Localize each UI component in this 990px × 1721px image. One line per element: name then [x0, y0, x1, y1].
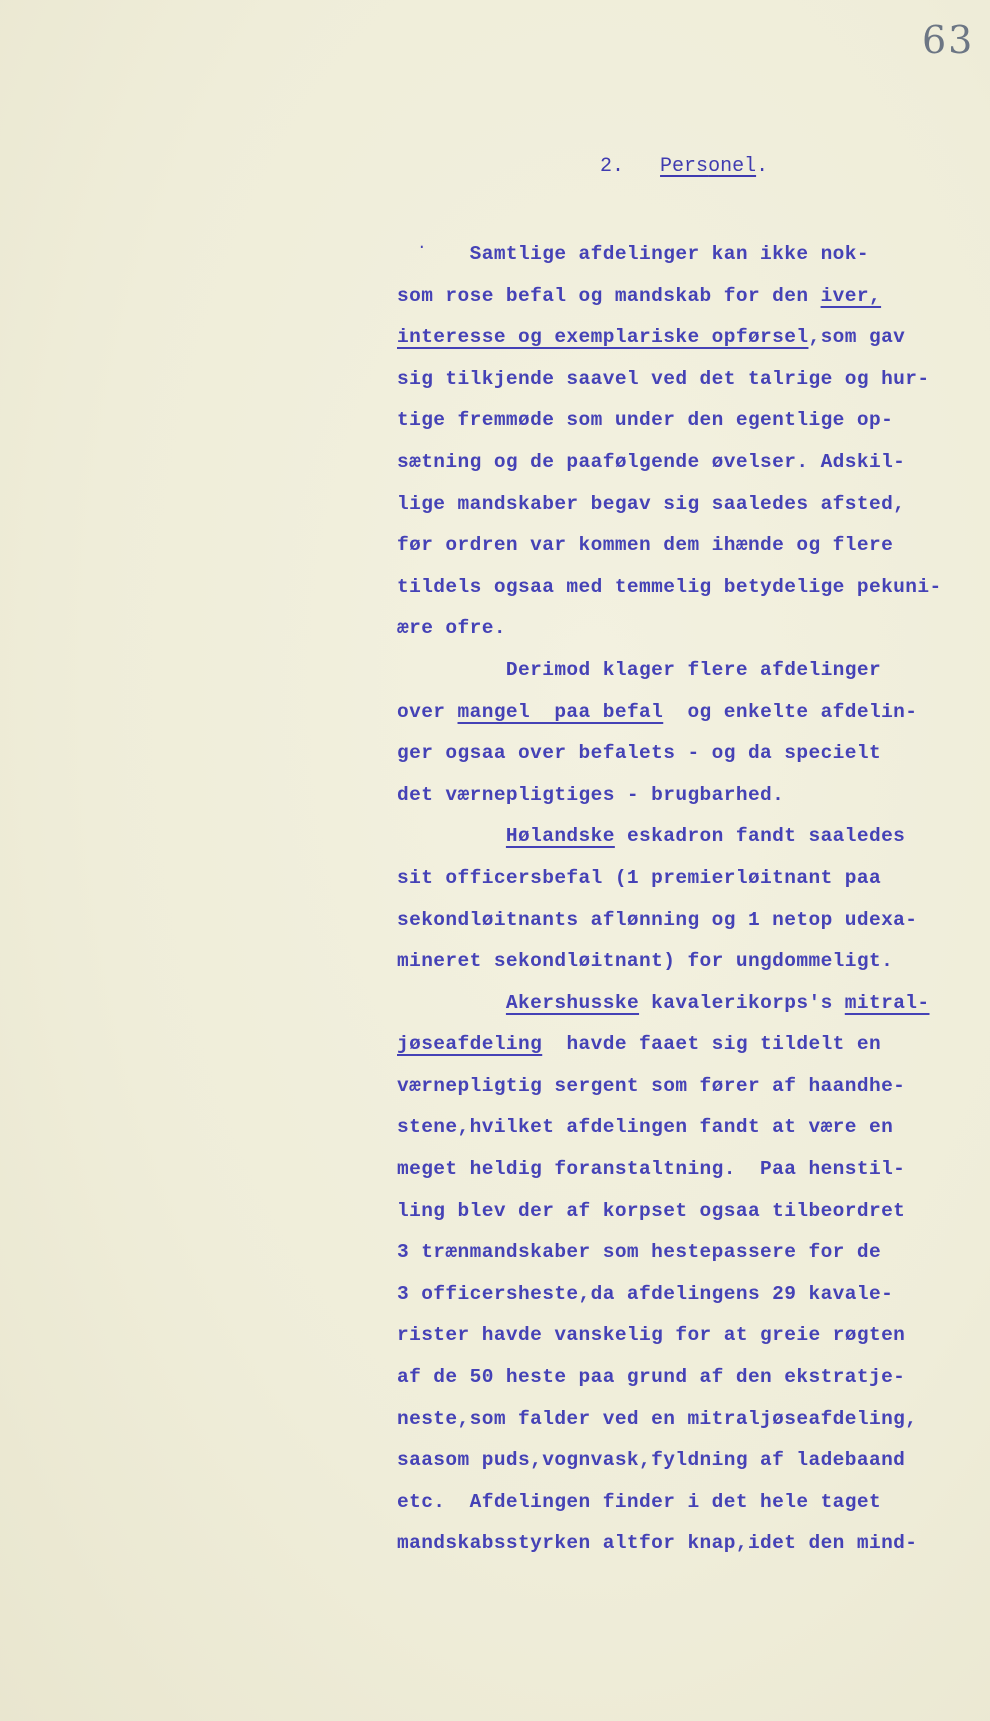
section-title-part2: onel — [708, 155, 756, 178]
text-segment: tildels ogsaa med temmelig betydelige pe… — [397, 576, 942, 598]
text-line: ling blev der af korpset ogsaa tilbeordr… — [397, 1191, 987, 1233]
text-line: meget heldig foranstaltning. Paa henstil… — [397, 1149, 987, 1191]
text-segment: som rose befal og mandskab for den — [397, 285, 821, 307]
text-segment: saasom puds,vognvask,fyldning af ladebaa… — [397, 1449, 905, 1471]
text-line: før ordren var kommen dem ihænde og fler… — [397, 525, 987, 567]
text-line: tildels ogsaa med temmelig betydelige pe… — [397, 567, 987, 609]
text-line: mandskabsstyrken altfor knap,idet den mi… — [397, 1523, 987, 1565]
text-line: neste,som falder ved en mitraljøseafdeli… — [397, 1399, 987, 1441]
text-segment: stene,hvilket afdelingen fandt at være e… — [397, 1116, 893, 1138]
text-line: lige mandskaber begav sig saaledes afste… — [397, 484, 987, 526]
text-segment: sig tilkjende saavel ved det talrige og … — [397, 368, 929, 390]
text-segment: 3 trænmandskaber som hestepassere for de — [397, 1241, 881, 1263]
section-number: 2. — [600, 155, 624, 178]
text-line: Samtlige afdelinger kan ikke nok- — [397, 234, 987, 276]
section-title-part1: Pers — [660, 155, 708, 178]
underlined-text: Hølandske — [506, 825, 615, 847]
underlined-text: Akershusske — [506, 992, 639, 1014]
text-segment: ære ofre. — [397, 617, 506, 639]
text-segment: 3 officersheste,da afdelingens 29 kavale… — [397, 1283, 893, 1305]
underlined-text: interesse og exemplariske opførsel — [397, 326, 808, 348]
text-segment: eskadron fandt saaledes — [615, 825, 905, 847]
text-line: 3 officersheste,da afdelingens 29 kavale… — [397, 1274, 987, 1316]
text-segment: etc. Afdelingen finder i det hele taget — [397, 1491, 881, 1513]
text-line: over mangel paa befal og enkelte afdelin… — [397, 692, 987, 734]
text-line: Hølandske eskadron fandt saaledes — [397, 816, 987, 858]
text-segment: ger ogsaa over befalets - og da specielt — [397, 742, 881, 764]
typewritten-body: Samtlige afdelinger kan ikke nok-som ros… — [397, 234, 987, 1565]
text-line: stene,hvilket afdelingen fandt at være e… — [397, 1107, 987, 1149]
section-title-end: . — [756, 155, 768, 178]
text-segment: meget heldig foranstaltning. Paa henstil… — [397, 1158, 905, 1180]
text-line: Derimod klager flere afdelinger — [397, 650, 987, 692]
text-segment: ling blev der af korpset ogsaa tilbeordr… — [397, 1200, 905, 1222]
underlined-text: mangel paa befal — [458, 701, 664, 723]
text-line: mineret sekondløitnant) for ungdommeligt… — [397, 941, 987, 983]
text-line: rister havde vanskelig for at greie røgt… — [397, 1315, 987, 1357]
text-segment: Derimod klager flere afdelinger — [397, 659, 881, 681]
text-segment: rister havde vanskelig for at greie røgt… — [397, 1324, 905, 1346]
text-line: etc. Afdelingen finder i det hele taget — [397, 1482, 987, 1524]
text-segment: tige fremmøde som under den egentlige op… — [397, 409, 893, 431]
page-number: 63 — [922, 18, 974, 62]
text-line: ger ogsaa over befalets - og da specielt — [397, 733, 987, 775]
text-line: interesse og exemplariske opførsel,som g… — [397, 317, 987, 359]
text-segment: ,som gav — [808, 326, 905, 348]
text-segment: sætning og de paafølgende øvelser. Adski… — [397, 451, 905, 473]
text-segment: før ordren var kommen dem ihænde og fler… — [397, 534, 893, 556]
text-segment: sit officersbefal (1 premierløitnant paa — [397, 867, 881, 889]
text-line: sit officersbefal (1 premierløitnant paa — [397, 858, 987, 900]
text-line: 3 trænmandskaber som hestepassere for de — [397, 1232, 987, 1274]
text-line: som rose befal og mandskab for den iver, — [397, 276, 987, 318]
text-segment: mineret sekondløitnant) for ungdommeligt… — [397, 950, 893, 972]
text-segment: sekondløitnants aflønning og 1 netop ude… — [397, 909, 917, 931]
text-line: Akershusske kavalerikorps's mitral- — [397, 983, 987, 1025]
text-segment: havde faaet sig tildelt en — [542, 1033, 881, 1055]
text-segment — [397, 825, 506, 847]
text-line: af de 50 heste paa grund af den ekstratj… — [397, 1357, 987, 1399]
section-heading: 2. Personel. — [600, 155, 768, 178]
underlined-text: mitral- — [845, 992, 930, 1014]
text-line: jøseafdeling havde faaet sig tildelt en — [397, 1024, 987, 1066]
underlined-text: iver, — [821, 285, 882, 307]
underlined-text: jøseafdeling — [397, 1033, 542, 1055]
text-line: saasom puds,vognvask,fyldning af ladebaa… — [397, 1440, 987, 1482]
text-segment: og enkelte afdelin- — [663, 701, 917, 723]
text-segment: kavalerikorps's — [639, 992, 845, 1014]
text-segment: neste,som falder ved en mitraljøseafdeli… — [397, 1408, 917, 1430]
text-line: sig tilkjende saavel ved det talrige og … — [397, 359, 987, 401]
text-line: sekondløitnants aflønning og 1 netop ude… — [397, 900, 987, 942]
text-line: værnepligtig sergent som fører af haandh… — [397, 1066, 987, 1108]
text-line: det værnepligtiges - brugbarhed. — [397, 775, 987, 817]
text-segment: af de 50 heste paa grund af den ekstratj… — [397, 1366, 905, 1388]
text-line: ære ofre. — [397, 608, 987, 650]
text-segment: det værnepligtiges - brugbarhed. — [397, 784, 784, 806]
text-segment: mandskabsstyrken altfor knap,idet den mi… — [397, 1532, 917, 1554]
text-segment: værnepligtig sergent som fører af haandh… — [397, 1075, 905, 1097]
text-segment — [397, 992, 506, 1014]
text-line: tige fremmøde som under den egentlige op… — [397, 400, 987, 442]
text-segment: over — [397, 701, 458, 723]
text-segment: lige mandskaber begav sig saaledes afste… — [397, 493, 905, 515]
text-line: sætning og de paafølgende øvelser. Adski… — [397, 442, 987, 484]
text-segment: Samtlige afdelinger kan ikke nok- — [397, 243, 869, 265]
